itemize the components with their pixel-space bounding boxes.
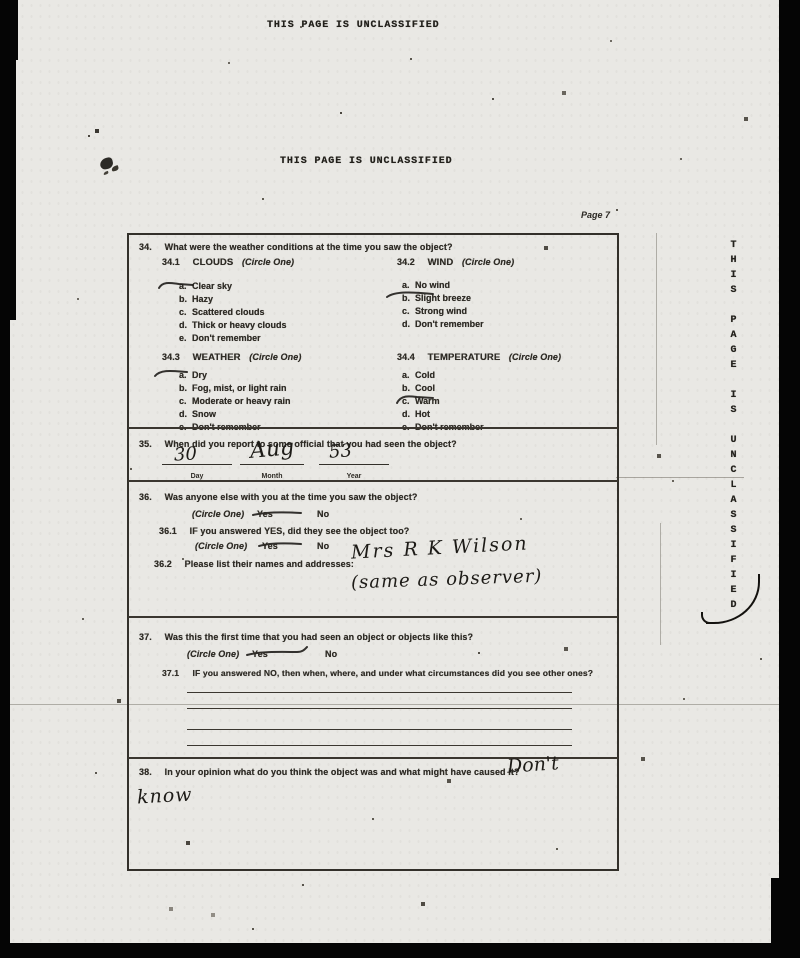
handwritten-year: 53	[328, 440, 352, 463]
questionnaire-box: 34. What were the weather conditions at …	[127, 233, 619, 871]
option-weather-d: d.Snow	[179, 409, 216, 419]
option-weather-b: b.Fog, mist, or light rain	[179, 383, 287, 393]
option-temp-d: d.Hot	[402, 409, 430, 419]
circle-one-instruction: (Circle One)	[187, 649, 239, 659]
option-clouds-d: d.Thick or heavy clouds	[179, 320, 287, 330]
question-38: 38. In your opinion what do you think th…	[139, 767, 520, 777]
q361-no-option: No	[317, 541, 329, 551]
question-36-1: 36.1 IF you answered YES, did they see t…	[159, 526, 409, 536]
handwritten-opinion-1: Don't	[506, 752, 559, 778]
answer-mark-weather-a	[153, 366, 189, 379]
section-divider	[128, 616, 618, 618]
handwritten-day: 30	[173, 443, 197, 465]
scanned-questionnaire-page: THIS PAGE IS UNCLASSIFIED THIS PAGE IS U…	[0, 0, 800, 958]
answer-mark-temp-c	[395, 390, 435, 405]
question-34: 34. What were the weather conditions at …	[139, 242, 453, 252]
q361-yes-option: Yes	[262, 541, 278, 551]
pen-curve-hook	[701, 612, 712, 624]
circle-one-instruction: (Circle One)	[242, 257, 294, 267]
answer-line	[187, 692, 572, 693]
pen-curve-mark	[706, 574, 760, 624]
subsection-34-1-label: CLOUDS	[193, 257, 234, 268]
option-temp-a: a.Cold	[402, 370, 435, 380]
scan-fold-line	[660, 523, 661, 645]
ink-smudge	[99, 157, 114, 171]
question-36-2: 36.2 Please list their names and address…	[154, 559, 354, 569]
question-37-1: 37.1 IF you answered NO, then when, wher…	[162, 668, 593, 678]
answer-line	[187, 729, 572, 730]
handwritten-opinion-2: know	[136, 784, 193, 809]
q36-yes-option: Yes	[257, 509, 273, 519]
circle-one-instruction: (Circle One)	[195, 541, 247, 551]
handwritten-names: Mrs R K Wilson	[351, 532, 530, 563]
page-number: Page 7	[581, 210, 610, 220]
question-34-number: 34.	[139, 242, 157, 252]
handwritten-month: Aug	[249, 435, 295, 464]
subsection-34-1-number: 34.1	[162, 257, 186, 267]
answer-mark-wind-b	[385, 287, 435, 300]
scan-edge-left	[0, 0, 18, 60]
scan-artifact-line	[616, 477, 744, 478]
option-weather-c: c.Moderate or heavy rain	[179, 396, 291, 406]
option-wind-c: c.Strong wind	[402, 306, 467, 316]
margin-classification-text: THIS PAGE IS UNCLASSIFIED	[728, 240, 739, 615]
subsection-34-1-title: 34.1 CLOUDS (Circle One)	[162, 257, 294, 268]
question-36: 36. Was anyone else with you at the time…	[139, 492, 417, 502]
option-clouds-b: b.Hazy	[179, 294, 213, 304]
scan-edge-bottom	[0, 943, 800, 958]
circle-one-instruction: (Circle One)	[462, 257, 514, 267]
mid-classification-banner: THIS PAGE IS UNCLASSIFIED	[280, 156, 453, 167]
option-clouds-e: e.Don't remember	[179, 333, 261, 343]
answer-mark-clouds-a	[157, 277, 195, 291]
q36-no-option: No	[317, 509, 329, 519]
answer-line	[187, 708, 572, 709]
subsection-34-4-title: 34.4 TEMPERATURE (Circle One)	[397, 352, 561, 363]
circle-one-instruction: (Circle One)	[509, 352, 561, 362]
scan-edge-right	[779, 0, 800, 958]
section-divider	[128, 480, 618, 482]
top-classification-banner: THIS PAGE IS UNCLASSIFIED	[267, 20, 440, 31]
q37-no-option: No	[325, 649, 337, 659]
question-34-text: What were the weather conditions at the …	[165, 242, 453, 252]
subsection-34-2-number: 34.2	[397, 257, 421, 267]
option-wind-d: d.Don't remember	[402, 319, 484, 329]
handwritten-names-line2: (same as observer)	[351, 566, 543, 594]
question-37: 37. Was this the first time that you had…	[139, 632, 473, 642]
answer-line	[187, 745, 572, 746]
subsection-34-2-label: WIND	[428, 257, 454, 268]
option-clouds-c: c.Scattered clouds	[179, 307, 265, 317]
subsection-34-3-title: 34.3 WEATHER (Circle One)	[162, 352, 301, 363]
section-divider	[128, 427, 618, 429]
circle-one-instruction: (Circle One)	[192, 509, 244, 519]
circle-one-instruction: (Circle One)	[249, 352, 301, 362]
subsection-34-2-title: 34.2 WIND (Circle One)	[397, 257, 514, 268]
scan-fold-line	[656, 233, 657, 445]
q37-yes-option: Yes	[252, 649, 268, 659]
